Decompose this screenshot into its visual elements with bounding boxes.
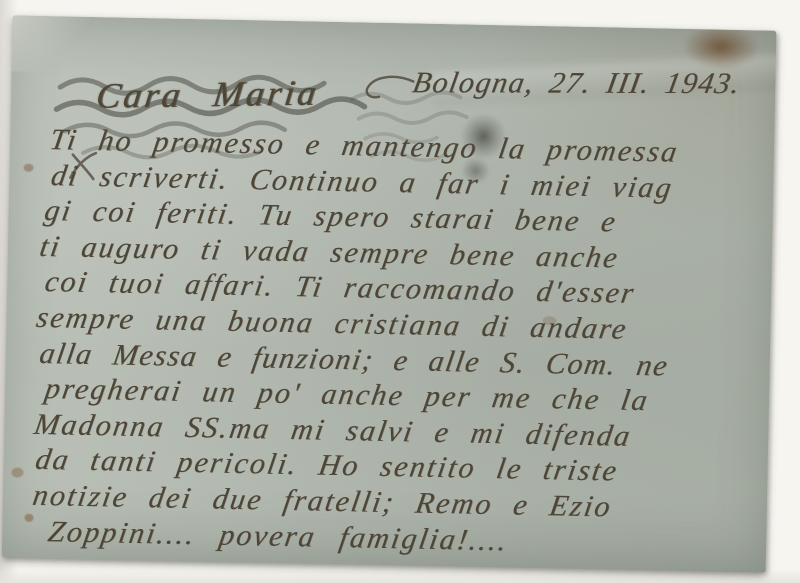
rust-spot-icon <box>11 467 23 477</box>
postcard: Cara Maria Bologna, 27. III. 1943. Ti ho… <box>2 15 777 572</box>
rust-spot-icon <box>23 164 33 172</box>
place-date: Bologna, 27. III. 1943. <box>410 66 744 101</box>
salutation: Cara Maria <box>94 72 321 117</box>
pen-flourish-icon <box>363 70 416 103</box>
scanned-postcard-page: { "postcard": { "salutation": "Cara Mari… <box>0 0 800 583</box>
letter-body: Ti ho promesso e mantengo la promessa di… <box>32 122 762 564</box>
scanner-edge-shadow-bottom <box>0 569 800 583</box>
